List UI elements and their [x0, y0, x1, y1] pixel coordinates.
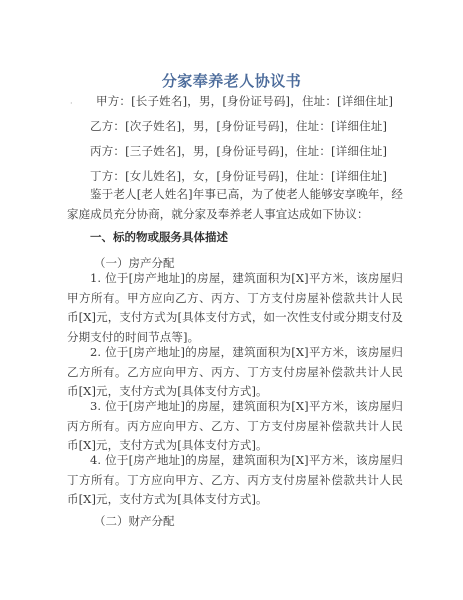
bullet-dot-icon: ·: [70, 99, 73, 108]
party-yi: 乙方：[次子姓名]，男，[身份证号码]，住址：[详细住址]: [90, 118, 387, 134]
document-title: 分家奉养老人协议书: [0, 70, 463, 91]
party-bing: 丙方：[三子姓名]，男，[身份证号码]，住址：[详细住址]: [90, 143, 387, 159]
property-item-1: 1. 位于[房产地址]的房屋，建筑面积为[X]平方米，该房屋归甲方所有。甲方应向…: [67, 269, 403, 347]
party-ding: 丁方：[女儿姓名]，女，[身份证号码]，住址：[详细住址]: [90, 168, 387, 184]
party-jia: 甲方：[长子姓名]，男，[身份证号码]，住址：[详细住址]: [96, 93, 393, 109]
subsection-heading-assets: （二）财产分配: [94, 513, 175, 529]
property-item-4: 4. 位于[房产地址]的房屋，建筑面积为[X]平方米，该房屋归丁方所有。丁方应向…: [67, 451, 403, 510]
preamble-paragraph: 鉴于老人[老人姓名]年事已高，为了使老人能够安享晚年，经家庭成员充分协商，就分家…: [67, 185, 403, 224]
section-heading: 一、标的物或服务具体描述: [90, 229, 228, 245]
document-page: 分家奉养老人协议书 · 甲方：[长子姓名]，男，[身份证号码]，住址：[详细住址…: [0, 0, 463, 600]
property-item-2: 2. 位于[房产地址]的房屋，建筑面积为[X]平方米，该房屋归乙方所有。乙方应向…: [67, 343, 403, 402]
property-item-3: 3. 位于[房产地址]的房屋，建筑面积为[X]平方米，该房屋归丙方所有。丙方应向…: [67, 397, 403, 456]
